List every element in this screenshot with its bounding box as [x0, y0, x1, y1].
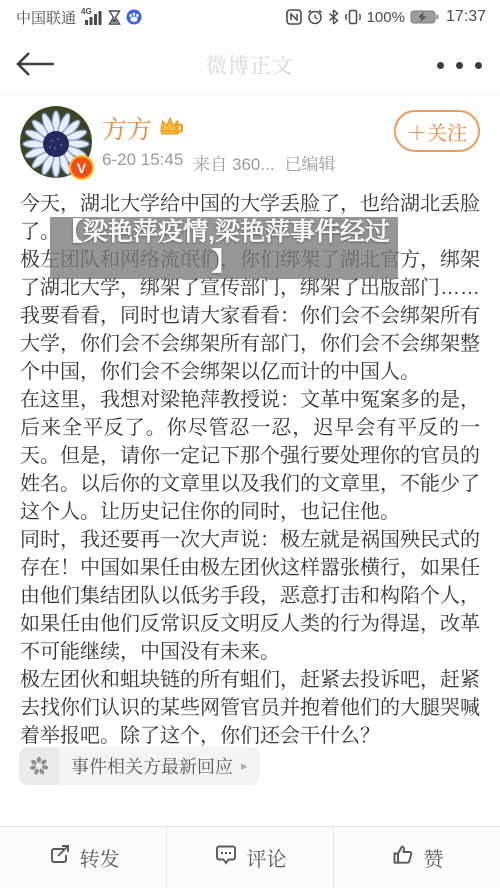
svg-text:3: 3 — [177, 126, 181, 133]
related-topic-label: 事件相关方最新回应 — [59, 753, 241, 779]
post-meta: 6-20 15:45 来自 360... 已编辑 — [102, 150, 336, 175]
repost-icon — [47, 843, 71, 873]
bottom-action-bar: 转发 评论 赞 — [0, 826, 500, 888]
post-date: 6-20 15:45 — [102, 150, 183, 175]
battery-charging-icon — [410, 10, 439, 24]
edited-label[interactable]: 已编辑 — [285, 150, 336, 175]
watermark-overlay: 【梁艳萍疫情,梁艳萍事件经过 】 — [50, 217, 398, 279]
baidu-app-icon — [126, 9, 142, 25]
weibo-post-screen: 中国联通 4G — [0, 0, 500, 888]
watermark-line2: 】 — [50, 247, 398, 277]
repost-button[interactable]: 转发 — [0, 827, 166, 888]
chevron-right-icon: ▸ — [241, 758, 260, 774]
bluetooth-icon — [328, 9, 339, 25]
post-paragraph: 我要看看，同时也请大家看看：你们会不会绑架所有大学，你们会不会绑架所有部门，你们… — [20, 302, 480, 386]
like-button[interactable]: 赞 — [333, 827, 500, 888]
vip-crown-icon: 3 — [159, 115, 183, 141]
verified-v-badge: V — [69, 155, 94, 180]
alarm-icon — [307, 9, 323, 25]
battery-percent-label: 100% — [367, 9, 405, 26]
repost-label: 转发 — [80, 843, 120, 872]
post-paragraph: 同时，我还要再一次大声说：极左就是祸国殃民式的存在！中国如果任由极左团伙这样嚣张… — [20, 526, 480, 666]
vibrate-icon — [344, 9, 362, 25]
avatar[interactable]: V — [20, 106, 92, 178]
post-paragraph: 极左团伙和蛆块链的所有蛆们，赶紧去投诉吧，赶紧去找你们认识的某些网管官员并抱着他… — [20, 666, 480, 750]
nav-bar: 微博正文 — [0, 32, 500, 94]
comment-button[interactable]: 评论 — [166, 827, 333, 888]
page-title: 微博正文 — [0, 50, 500, 80]
watermark-line1: 【梁艳萍疫情,梁艳萍事件经过 — [50, 217, 398, 247]
carrier-label: 中国联通 — [16, 7, 76, 28]
comment-label: 评论 — [247, 843, 287, 872]
network-4g-label: 4G — [81, 7, 92, 16]
nfc-icon — [286, 9, 302, 25]
comment-icon — [214, 843, 238, 873]
post-paragraph: 在这里，我想对梁艳萍教授说：文革中冤案多的是，后来全平反了。你尽管忍一忍，迟早会… — [20, 386, 480, 526]
more-menu-icon[interactable] — [437, 62, 482, 69]
status-bar: 中国联通 4G — [0, 0, 500, 32]
hourglass-icon — [108, 10, 121, 25]
nav-divider — [0, 94, 500, 95]
clock-label: 17:37 — [446, 8, 486, 26]
follow-button[interactable]: ＋关注 — [394, 110, 480, 152]
author-name[interactable]: 方方 — [102, 110, 152, 146]
like-label: 赞 — [424, 843, 444, 872]
flower-asterisk-icon — [19, 747, 59, 785]
signal-bars-icon: 4G — [81, 9, 103, 25]
related-topic-chip[interactable]: 事件相关方最新回应 ▸ — [19, 747, 260, 785]
thumbs-up-icon — [391, 843, 415, 873]
post-source[interactable]: 来自 360... — [193, 150, 274, 175]
